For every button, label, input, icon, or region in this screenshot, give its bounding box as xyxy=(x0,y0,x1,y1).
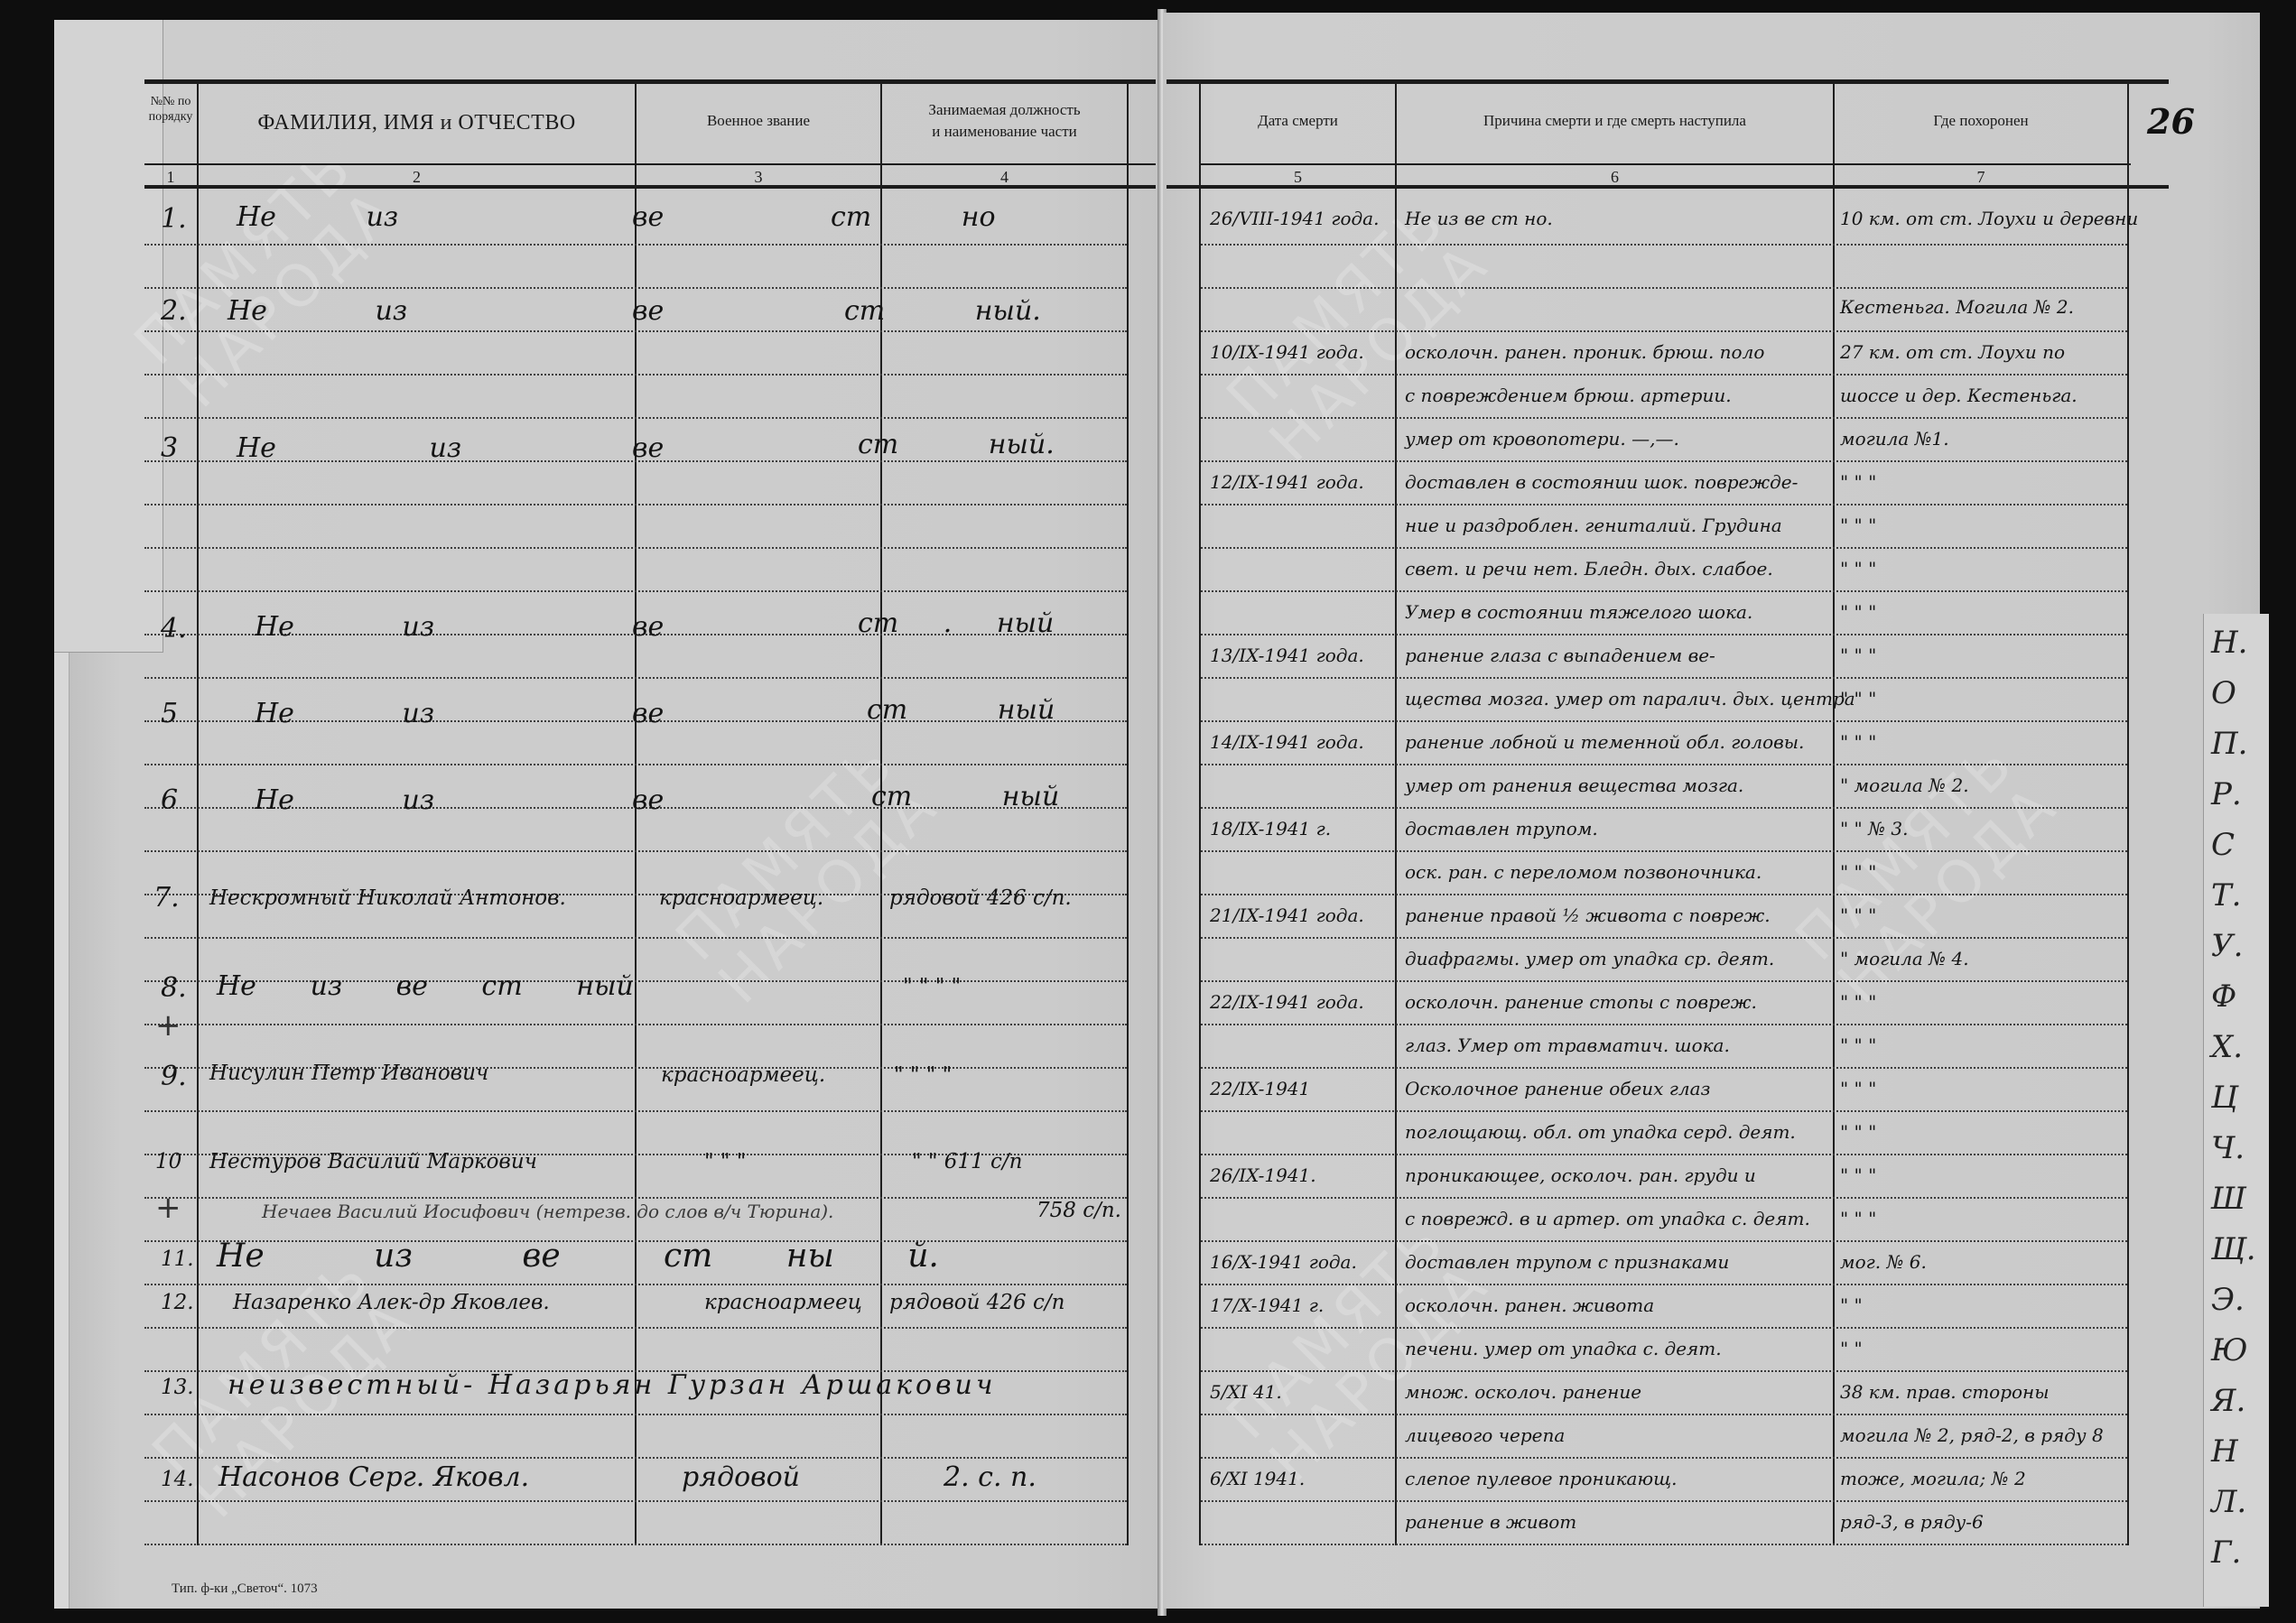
row-cause-of-death: Умер в состоянии тяжелого шока. xyxy=(1405,603,1752,621)
row-death-date: 18/IX-1941 г. xyxy=(1210,820,1331,838)
ruled-line xyxy=(144,1327,1127,1329)
cross-mark: + xyxy=(155,1190,181,1226)
row-cause-of-death: доставлен трупом. xyxy=(1405,820,1598,838)
ruled-line xyxy=(1201,764,2127,765)
column-number: 4 xyxy=(882,168,1127,187)
row-burial-place: могила № 2, ряд-2, в ряду 8 xyxy=(1840,1426,2104,1444)
row-position: ст но xyxy=(831,204,996,231)
ruled-line xyxy=(1201,1414,2127,1415)
row-death-date: 22/IX-1941 года. xyxy=(1210,993,1364,1011)
row-death-date: 14/IX-1941 года. xyxy=(1210,733,1364,751)
ruled-line xyxy=(144,1500,1127,1502)
row-death-date: 16/X-1941 года. xyxy=(1210,1253,1357,1271)
cross-mark: + xyxy=(155,1007,181,1043)
row-name: Не из xyxy=(237,204,398,231)
column-header-buried: Где похоронен xyxy=(1835,110,2127,132)
row-number: 12. xyxy=(161,1293,194,1313)
row-cause-of-death: умер от ранения вещества мозга. xyxy=(1405,776,1743,794)
ruled-line xyxy=(1201,1284,2127,1285)
row-rank: " " " xyxy=(704,1152,746,1173)
ruled-line xyxy=(144,937,1127,939)
row-position: рядовой 426 с/п xyxy=(889,1293,1064,1313)
row-cause-of-death: осколочн. ранен. живота xyxy=(1405,1296,1654,1314)
row-cause-of-death: ние и раздроблен. гениталий. Грудина xyxy=(1405,516,1782,534)
ruled-line xyxy=(144,417,1127,419)
column-line xyxy=(1833,83,1835,1545)
row-position: ст ный. xyxy=(858,431,1055,459)
index-tab[interactable]: У. xyxy=(2211,928,2243,964)
ruled-line xyxy=(144,677,1127,679)
row-name: Насонов Серг. Яковл. xyxy=(218,1464,529,1491)
column-line xyxy=(2127,83,2129,1545)
row-name: Не из xyxy=(255,614,434,641)
row-rank: рядовой xyxy=(682,1464,800,1491)
row-cause-of-death: с повреждением брюш. артерии. xyxy=(1405,386,1732,404)
ruled-line xyxy=(144,1197,1127,1199)
row-cause-of-death: доставлен в состоянии шок. поврежде- xyxy=(1405,473,1798,491)
column-line xyxy=(197,83,199,1545)
ruled-line xyxy=(1201,980,2127,982)
index-tab[interactable]: Я. xyxy=(2211,1383,2245,1419)
ruled-line xyxy=(144,504,1127,505)
row-position: " " 611 с/п xyxy=(912,1152,1022,1173)
right-page xyxy=(1163,13,2260,1609)
row-burial-place: " " " xyxy=(1840,1080,1876,1098)
row-position: 758 с/п. xyxy=(1036,1201,1121,1221)
ruled-line xyxy=(1201,894,2127,895)
row-burial-place: 27 км. от ст. Лоухи по xyxy=(1840,343,2065,361)
printer-imprint: Тип. ф-ки „Светоч“. 1073 xyxy=(172,1581,318,1597)
row-name: неизвестный- Назарьян Гурзан Аршакович xyxy=(228,1372,997,1399)
index-tab[interactable]: Ц xyxy=(2211,1080,2238,1116)
row-burial-place: тоже, могила; № 2 xyxy=(1840,1470,2026,1488)
row-cause-of-death: ранение глаза с выпадением ве- xyxy=(1405,646,1715,664)
ruled-line xyxy=(144,1110,1127,1112)
row-position: рядовой 426 с/п. xyxy=(889,888,1072,909)
row-burial-place: " " " xyxy=(1840,516,1876,534)
row-death-date: 5/XI 41. xyxy=(1210,1383,1282,1401)
row-position: " " " " xyxy=(903,977,961,997)
row-burial-place: мог. № 6. xyxy=(1840,1253,1927,1271)
row-cause-of-death: ранение в живот xyxy=(1405,1513,1576,1531)
row-position: " " " " xyxy=(894,1065,952,1086)
row-burial-place: " " " xyxy=(1840,1210,1876,1228)
row-burial-place: " " " xyxy=(1840,863,1876,881)
row-name: Не из ве xyxy=(217,1240,561,1273)
ruled-line xyxy=(1201,1370,2127,1372)
ruled-line xyxy=(1201,417,2127,419)
row-death-date: 22/IX-1941 xyxy=(1210,1080,1310,1098)
index-tab[interactable]: Ф xyxy=(2211,978,2236,1015)
row-number: 5 xyxy=(161,700,178,728)
header-top-rule xyxy=(144,79,1156,84)
row-cause-of-death: слепое пулевое проникающ. xyxy=(1405,1470,1677,1488)
row-position: ст . ный xyxy=(858,610,1054,637)
index-tab[interactable]: Э. xyxy=(2211,1282,2245,1318)
row-number: 3 xyxy=(161,435,178,462)
row-burial-place: Кестеньга. Могила № 2. xyxy=(1840,298,2074,316)
ruled-line xyxy=(1201,1067,2127,1069)
index-tab[interactable]: Ш xyxy=(2211,1181,2246,1217)
row-burial-place: " " " xyxy=(1840,733,1876,751)
ruled-line xyxy=(1201,1154,2127,1155)
column-number: 2 xyxy=(199,168,635,187)
row-burial-place: " " " xyxy=(1840,690,1876,708)
row-number: 14. xyxy=(161,1470,194,1490)
row-burial-place: ряд-3, в ряду-6 xyxy=(1840,1513,1984,1531)
row-cause-of-death: Осколочное ранение обеих глаз xyxy=(1405,1080,1710,1098)
row-cause-of-death: с поврежд. в и артер. от упадка с. деят. xyxy=(1405,1210,1810,1228)
column-header-name: ФАМИЛИЯ, ИМЯ и ОТЧЕСТВО xyxy=(199,111,635,135)
column-line xyxy=(1395,83,1397,1545)
row-rank: ве xyxy=(632,787,664,814)
ruled-line xyxy=(1201,1197,2127,1199)
row-number: 9. xyxy=(161,1063,187,1090)
ruled-line xyxy=(1201,807,2127,809)
column-number: 5 xyxy=(1201,168,1395,187)
ruled-line xyxy=(144,244,1127,246)
index-tab[interactable]: Ч. xyxy=(2211,1130,2245,1166)
ruled-line xyxy=(144,1457,1127,1459)
column-number: 7 xyxy=(1835,168,2127,187)
row-burial-place: " " № 3. xyxy=(1840,820,1908,838)
row-number: 4. xyxy=(161,616,187,643)
index-tab[interactable]: О xyxy=(2211,675,2236,711)
row-cause-of-death: проникающее, осколоч. ран. груди и xyxy=(1405,1166,1756,1184)
index-tab[interactable]: Н xyxy=(2211,1433,2238,1470)
ruled-line xyxy=(144,850,1127,852)
row-name: Не из ве ст ный xyxy=(217,973,634,1000)
row-burial-place: " " xyxy=(1840,1340,1863,1358)
row-rank: красноармеец. xyxy=(661,1065,825,1086)
ruled-line xyxy=(1201,937,2127,939)
row-burial-place: " " " xyxy=(1840,906,1876,924)
row-burial-place: " " " xyxy=(1840,560,1876,578)
ruled-line xyxy=(1201,1327,2127,1329)
column-number: 6 xyxy=(1397,168,1833,187)
row-burial-place: " могила № 2. xyxy=(1840,776,1969,794)
index-tab[interactable]: Х. xyxy=(2211,1029,2243,1065)
row-cause-of-death: поглощающ. обл. от упадка серд. деят. xyxy=(1405,1123,1796,1141)
ruled-line xyxy=(1201,590,2127,592)
row-burial-place: шоссе и дер. Кестеньга. xyxy=(1840,386,2078,404)
row-death-date: 21/IX-1941 года. xyxy=(1210,906,1364,924)
ruled-line xyxy=(1201,634,2127,635)
ruled-line xyxy=(144,330,1127,332)
page-number: 26 xyxy=(2147,101,2195,142)
row-rank: красноармеец. xyxy=(659,888,823,909)
row-name: Нескромный Николай Антонов. xyxy=(209,888,566,909)
header-top-rule xyxy=(1167,79,2169,84)
row-burial-place: " " xyxy=(1840,1296,1863,1314)
row-death-date: 12/IX-1941 года. xyxy=(1210,473,1364,491)
header-divider xyxy=(1201,163,2131,165)
alphabet-index-tabs: Н.ОП.Р.СТ.У.ФХ.ЦЧ.ШЩ.Э.ЮЯ.НЛ.Г. xyxy=(2203,614,2269,1607)
row-burial-place: могила №1. xyxy=(1840,430,1949,448)
column-header-cause: Причина смерти и где смерть наступила xyxy=(1397,110,1833,132)
column-number: 3 xyxy=(637,168,880,187)
ruled-line xyxy=(144,374,1127,376)
ruled-line xyxy=(1201,1544,2127,1545)
row-rank: ве xyxy=(632,614,664,641)
row-burial-place: 10 км. от ст. Лоухи и деревни xyxy=(1840,209,2138,227)
row-death-date: 26/IX-1941. xyxy=(1210,1166,1316,1184)
row-name: Не из xyxy=(255,787,434,814)
row-name: Не из xyxy=(255,700,434,728)
row-cause-of-death: свет. и речи нет. Бледн. дых. слабое. xyxy=(1405,560,1773,578)
ruled-line xyxy=(1201,720,2127,722)
row-burial-place: " " " xyxy=(1840,993,1876,1011)
row-cause-of-death: оск. ран. с переломом позвоночника. xyxy=(1405,863,1762,881)
row-rank: красноармеец xyxy=(704,1293,862,1313)
row-death-date: 17/X-1941 г. xyxy=(1210,1296,1324,1314)
row-cause-of-death: доставлен трупом с признаками xyxy=(1405,1253,1729,1271)
row-burial-place: " " " xyxy=(1840,646,1876,664)
ruled-line xyxy=(1201,287,2127,289)
row-cause-of-death: Не из ве ст но. xyxy=(1405,209,1553,227)
row-position: ст ный. xyxy=(844,298,1041,325)
row-rank: ве xyxy=(632,700,664,728)
row-death-date: 6/XI 1941. xyxy=(1210,1470,1305,1488)
row-rank: ве xyxy=(632,204,664,231)
row-burial-place: " могила № 4. xyxy=(1840,950,1969,968)
row-cause-of-death: глаз. Умер от травматич. шока. xyxy=(1405,1036,1730,1054)
column-header-number: №№ по порядку xyxy=(144,94,197,125)
header-divider xyxy=(144,163,1156,165)
row-number: 13. xyxy=(161,1377,194,1398)
ruled-line xyxy=(144,287,1127,289)
row-death-date: 26/VIII-1941 года. xyxy=(1210,209,1379,227)
row-burial-place: " " " xyxy=(1840,1036,1876,1054)
index-tab[interactable]: Л. xyxy=(2211,1484,2246,1520)
ruled-line xyxy=(144,547,1127,549)
row-name: Нисулин Петр Иванович xyxy=(209,1063,488,1084)
row-number: 6 xyxy=(161,787,178,814)
row-number: 2. xyxy=(161,298,187,325)
row-number: 8. xyxy=(161,975,187,1002)
row-name: Нестуров Василий Маркович xyxy=(209,1152,537,1173)
ruled-line xyxy=(1201,677,2127,679)
row-burial-place: 38 км. прав. стороны xyxy=(1840,1383,2050,1401)
ruled-line xyxy=(144,1414,1127,1415)
ruled-line xyxy=(1201,1457,2127,1459)
row-number: 7. xyxy=(153,885,180,912)
index-tab[interactable]: Г. xyxy=(2211,1535,2241,1571)
ruled-line xyxy=(1201,244,2127,246)
ruled-line xyxy=(144,1284,1127,1285)
ruled-line xyxy=(1201,460,2127,462)
row-burial-place: " " " xyxy=(1840,1123,1876,1141)
row-number: 11. xyxy=(161,1249,194,1270)
row-name: Не из xyxy=(228,298,407,325)
index-tab[interactable]: П. xyxy=(2211,726,2247,762)
row-number: 10 xyxy=(155,1152,181,1173)
row-position: 2. с. п. xyxy=(943,1464,1036,1491)
index-tab[interactable]: Ю xyxy=(2211,1332,2248,1368)
ruled-line xyxy=(1201,1240,2127,1242)
row-name: Не из xyxy=(237,435,461,462)
column-header-death-date: Дата смерти xyxy=(1201,110,1395,132)
index-tab[interactable]: Р. xyxy=(2211,776,2242,812)
row-cause-of-death: множ. осколоч. ранение xyxy=(1405,1383,1641,1401)
ruled-line xyxy=(144,1544,1127,1545)
column-line xyxy=(1127,83,1129,1545)
index-tab[interactable]: Щ. xyxy=(2211,1231,2256,1267)
row-burial-place: " " " xyxy=(1840,473,1876,491)
row-cause-of-death: умер от кровопотери. —,—. xyxy=(1405,430,1679,448)
index-tab[interactable]: С xyxy=(2211,827,2235,863)
ruled-line xyxy=(1201,1500,2127,1502)
ruled-line xyxy=(144,764,1127,765)
row-cause-of-death: лицевого черепа xyxy=(1405,1426,1565,1444)
index-tab[interactable]: Н. xyxy=(2211,625,2247,661)
ruled-line xyxy=(1201,850,2127,852)
row-cause-of-death: осколочн. ранение стопы с повреж. xyxy=(1405,993,1757,1011)
column-number: 1 xyxy=(144,168,197,187)
row-cause-of-death: осколочн. ранен. проник. брюш. поло xyxy=(1405,343,1764,361)
row-cause-of-death: ранение лобной и теменной обл. головы. xyxy=(1405,733,1804,751)
ruled-line xyxy=(144,590,1127,592)
row-burial-place: " " " xyxy=(1840,603,1876,621)
column-line xyxy=(1199,83,1201,1545)
row-cause-of-death: диафрагмы. умер от упадка ср. деят. xyxy=(1405,950,1774,968)
ruled-line xyxy=(144,1024,1127,1025)
row-name: Назаренко Алек-др Яковлев. xyxy=(233,1293,550,1313)
ruled-line xyxy=(1201,374,2127,376)
ruled-line xyxy=(1201,1110,2127,1112)
row-position: ст ный xyxy=(871,784,1059,811)
row-burial-place: " " " xyxy=(1840,1166,1876,1184)
ruled-line xyxy=(1201,330,2127,332)
row-death-date: 10/IX-1941 года. xyxy=(1210,343,1364,361)
row-number: 1. xyxy=(161,206,187,233)
row-death-date: 13/IX-1941 года. xyxy=(1210,646,1364,664)
ruled-line xyxy=(1201,547,2127,549)
ruled-line xyxy=(1201,1024,2127,1025)
row-rank: ве xyxy=(632,298,664,325)
row-cause-of-death: щества мозга. умер от паралич. дых. цент… xyxy=(1405,690,1855,708)
column-header-position: Занимаемая должность и наименование част… xyxy=(882,99,1127,143)
row-cause-of-death: ранение правой ½ живота с повреж. xyxy=(1405,906,1771,924)
index-tab[interactable]: Т. xyxy=(2211,877,2242,914)
row-rank: ве xyxy=(632,435,664,462)
row-rank: ст ны й. xyxy=(664,1240,939,1273)
column-header-rank: Военное звание xyxy=(637,110,880,132)
row-cause-of-death: печени. умер от упадка с. деят. xyxy=(1405,1340,1722,1358)
row-name: Нечаев Василий Иосифович (нетрезв. до сл… xyxy=(262,1202,833,1220)
ruled-line xyxy=(1201,504,2127,505)
row-position: ст ный xyxy=(867,697,1055,724)
